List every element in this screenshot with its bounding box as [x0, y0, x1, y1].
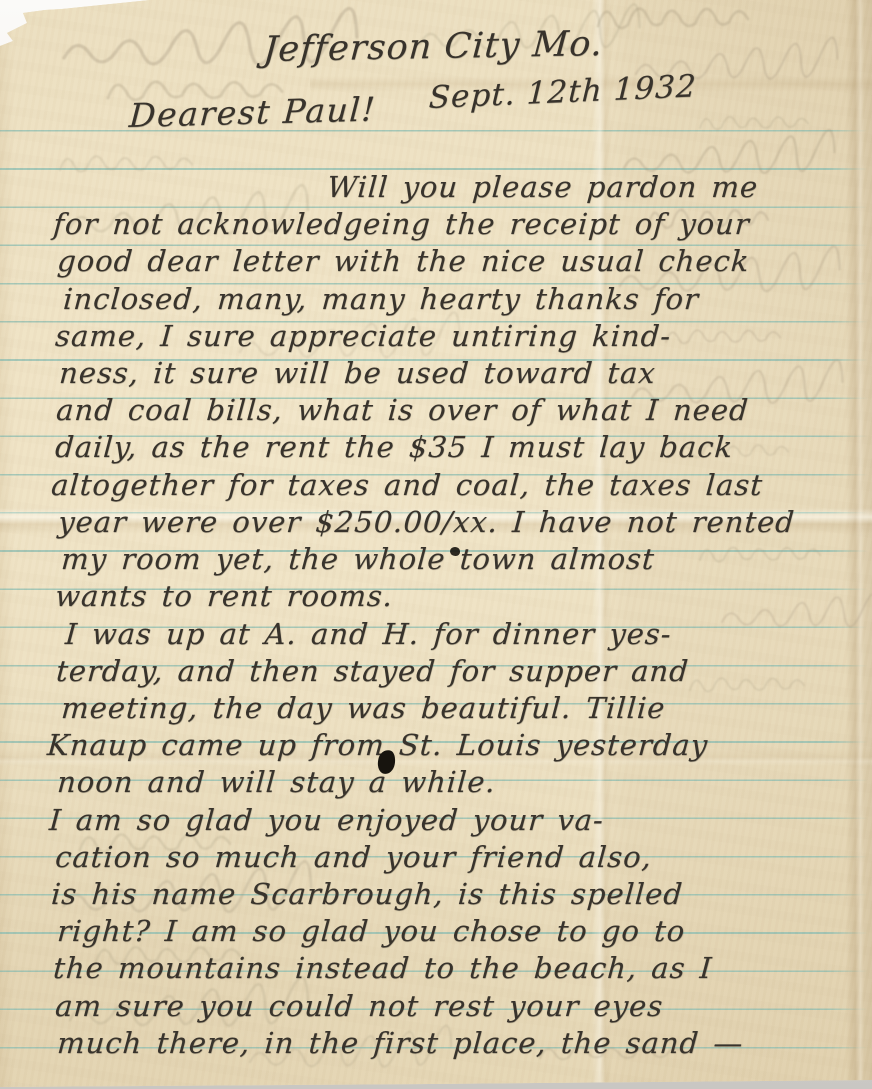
- handwritten-line: good dear letter with the nice usual che…: [56, 242, 751, 280]
- handwritten-line: daily, as the rent the $35 I must lay ba…: [54, 428, 734, 466]
- handwritten-line: altogether for taxes and coal, the taxes…: [50, 466, 764, 504]
- handwritten-line: my room yet, the whole town almost: [60, 540, 656, 578]
- handwritten-line: I was up at A. and H. for dinner yes-: [64, 615, 673, 653]
- handwritten-line: I am so glad you enjoyed your va-: [48, 801, 605, 839]
- handwritten-line: Will you please pardon me: [326, 168, 760, 206]
- handwritten-line: year were over $250.00/xx. I have not re…: [57, 503, 796, 541]
- handwritten-line: meeting, the day was beautiful. Tillie: [60, 689, 667, 727]
- handwritten-line: ness, it sure will be used toward tax: [58, 354, 657, 392]
- heading-date: Sept. 12th 1932: [428, 68, 698, 116]
- handwritten-line: much there, in the first place, the sand…: [56, 1024, 745, 1062]
- handwritten-line: same, I sure appreciate untiring kind-: [54, 317, 672, 355]
- handwritten-line: for not acknowledgeing the receipt of yo…: [52, 205, 751, 243]
- handwritten-line: am sure you could not rest your eyes: [54, 987, 665, 1025]
- handwritten-line: inclosed, many, many hearty thanks for: [62, 280, 700, 318]
- handwritten-line: right? I am so glad you chose to go to: [56, 912, 687, 950]
- handwritten-line: and coal bills, what is over of what I n…: [55, 391, 750, 429]
- handwritten-line: is his name Scarbrough, is this spelled: [50, 875, 684, 913]
- heading-city: Jefferson City Mo.: [262, 24, 604, 70]
- handwritten-line: noon and will stay a while.: [56, 763, 497, 801]
- salutation: Dearest Paul!: [128, 90, 377, 135]
- handwritten-line: the mountains instead to the beach, as I: [52, 949, 714, 987]
- scanned-letter: Jefferson City Mo. Sept. 12th 1932 Deare…: [0, 0, 872, 1089]
- handwritten-line: cation so much and your friend also,: [54, 838, 653, 876]
- handwritten-line: wants to rent rooms.: [54, 577, 395, 615]
- letter-paper: Jefferson City Mo. Sept. 12th 1932 Deare…: [0, 0, 872, 1089]
- ink-blot: [450, 547, 460, 556]
- handwritten-line: terday, and then stayed for supper and: [55, 652, 690, 690]
